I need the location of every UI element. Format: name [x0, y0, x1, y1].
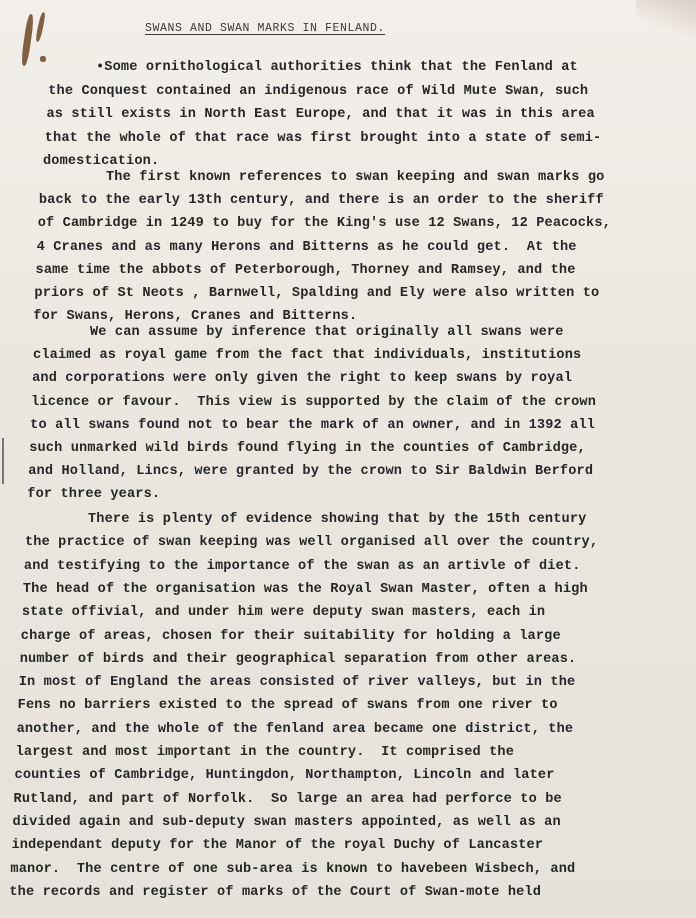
text-line: 4 Cranes and as many Herons and Bitterns…: [37, 240, 577, 255]
text-line: same time the abbots of Peterborough, Th…: [36, 263, 576, 278]
text-line: largest and most important in the countr…: [16, 745, 514, 760]
text-line: domestication.: [43, 154, 159, 169]
text-line: claimed as royal game from the fact that…: [33, 348, 581, 363]
text-line: the Conquest contained an indigenous rac…: [48, 84, 588, 99]
text-line: state offivial, and under him were deput…: [22, 605, 545, 620]
text-line: charge of areas, chosen for their suitab…: [21, 629, 561, 644]
text-line: Fens no barriers existed to the spread o…: [18, 698, 558, 713]
text-line: Rutland, and part of Norfolk. So large a…: [14, 792, 562, 807]
text-line: licence or favour. This view is supporte…: [31, 395, 596, 410]
text-line: the practice of swan keeping was well or…: [25, 535, 598, 550]
text-line: that the whole of that race was first br…: [45, 131, 602, 146]
text-line: back to the early 13th century, and ther…: [39, 193, 604, 208]
text-line: for three years.: [27, 487, 160, 502]
text-line: In most of England the areas consisted o…: [19, 675, 576, 690]
text-line: and Holland, Lincs, were granted by the …: [28, 464, 593, 479]
typed-page: SWANS AND SWAN MARKS IN FENLAND. •Some o…: [0, 0, 696, 918]
text-line: and testifying to the importance of the …: [24, 559, 581, 574]
text-line: for Swans, Herons, Cranes and Bitterns.: [33, 309, 357, 324]
text-line: The head of the organisation was the Roy…: [23, 582, 588, 597]
document-title: SWANS AND SWAN MARKS IN FENLAND.: [145, 22, 385, 35]
text-line: •Some ornithological authorities think t…: [96, 60, 578, 75]
text-line: divided again and sub-deputy swan master…: [12, 815, 560, 830]
text-line: such unmarked wild birds found flying in…: [29, 441, 586, 456]
text-line: manor. The centre of one sub-area is kno…: [10, 862, 575, 877]
text-line: to all swans found not to bear the mark …: [30, 418, 595, 433]
binding-mark: [2, 438, 4, 484]
text-line: There is plenty of evidence showing that…: [88, 512, 586, 527]
page-corner-shadow: [636, 0, 696, 40]
text-line: of Cambridge in 1249 to buy for the King…: [38, 216, 611, 231]
text-line: independant deputy for the Manor of the …: [11, 838, 543, 853]
text-line: The first known references to swan keepi…: [106, 170, 604, 185]
text-line: another, and the whole of the fenland ar…: [17, 722, 574, 737]
text-line: number of birds and their geographical s…: [20, 652, 577, 667]
text-line: We can assume by inference that original…: [90, 325, 564, 340]
text-line: counties of Cambridge, Huntingdon, North…: [15, 768, 555, 783]
text-line: priors of St Neots , Barnwell, Spalding …: [34, 286, 599, 301]
text-line: and corporations were only given the rig…: [32, 371, 572, 386]
ink-stain-mark: [22, 10, 50, 65]
text-line: the records and register of marks of the…: [9, 885, 541, 900]
text-line: as still exists in North East Europe, an…: [46, 107, 594, 122]
